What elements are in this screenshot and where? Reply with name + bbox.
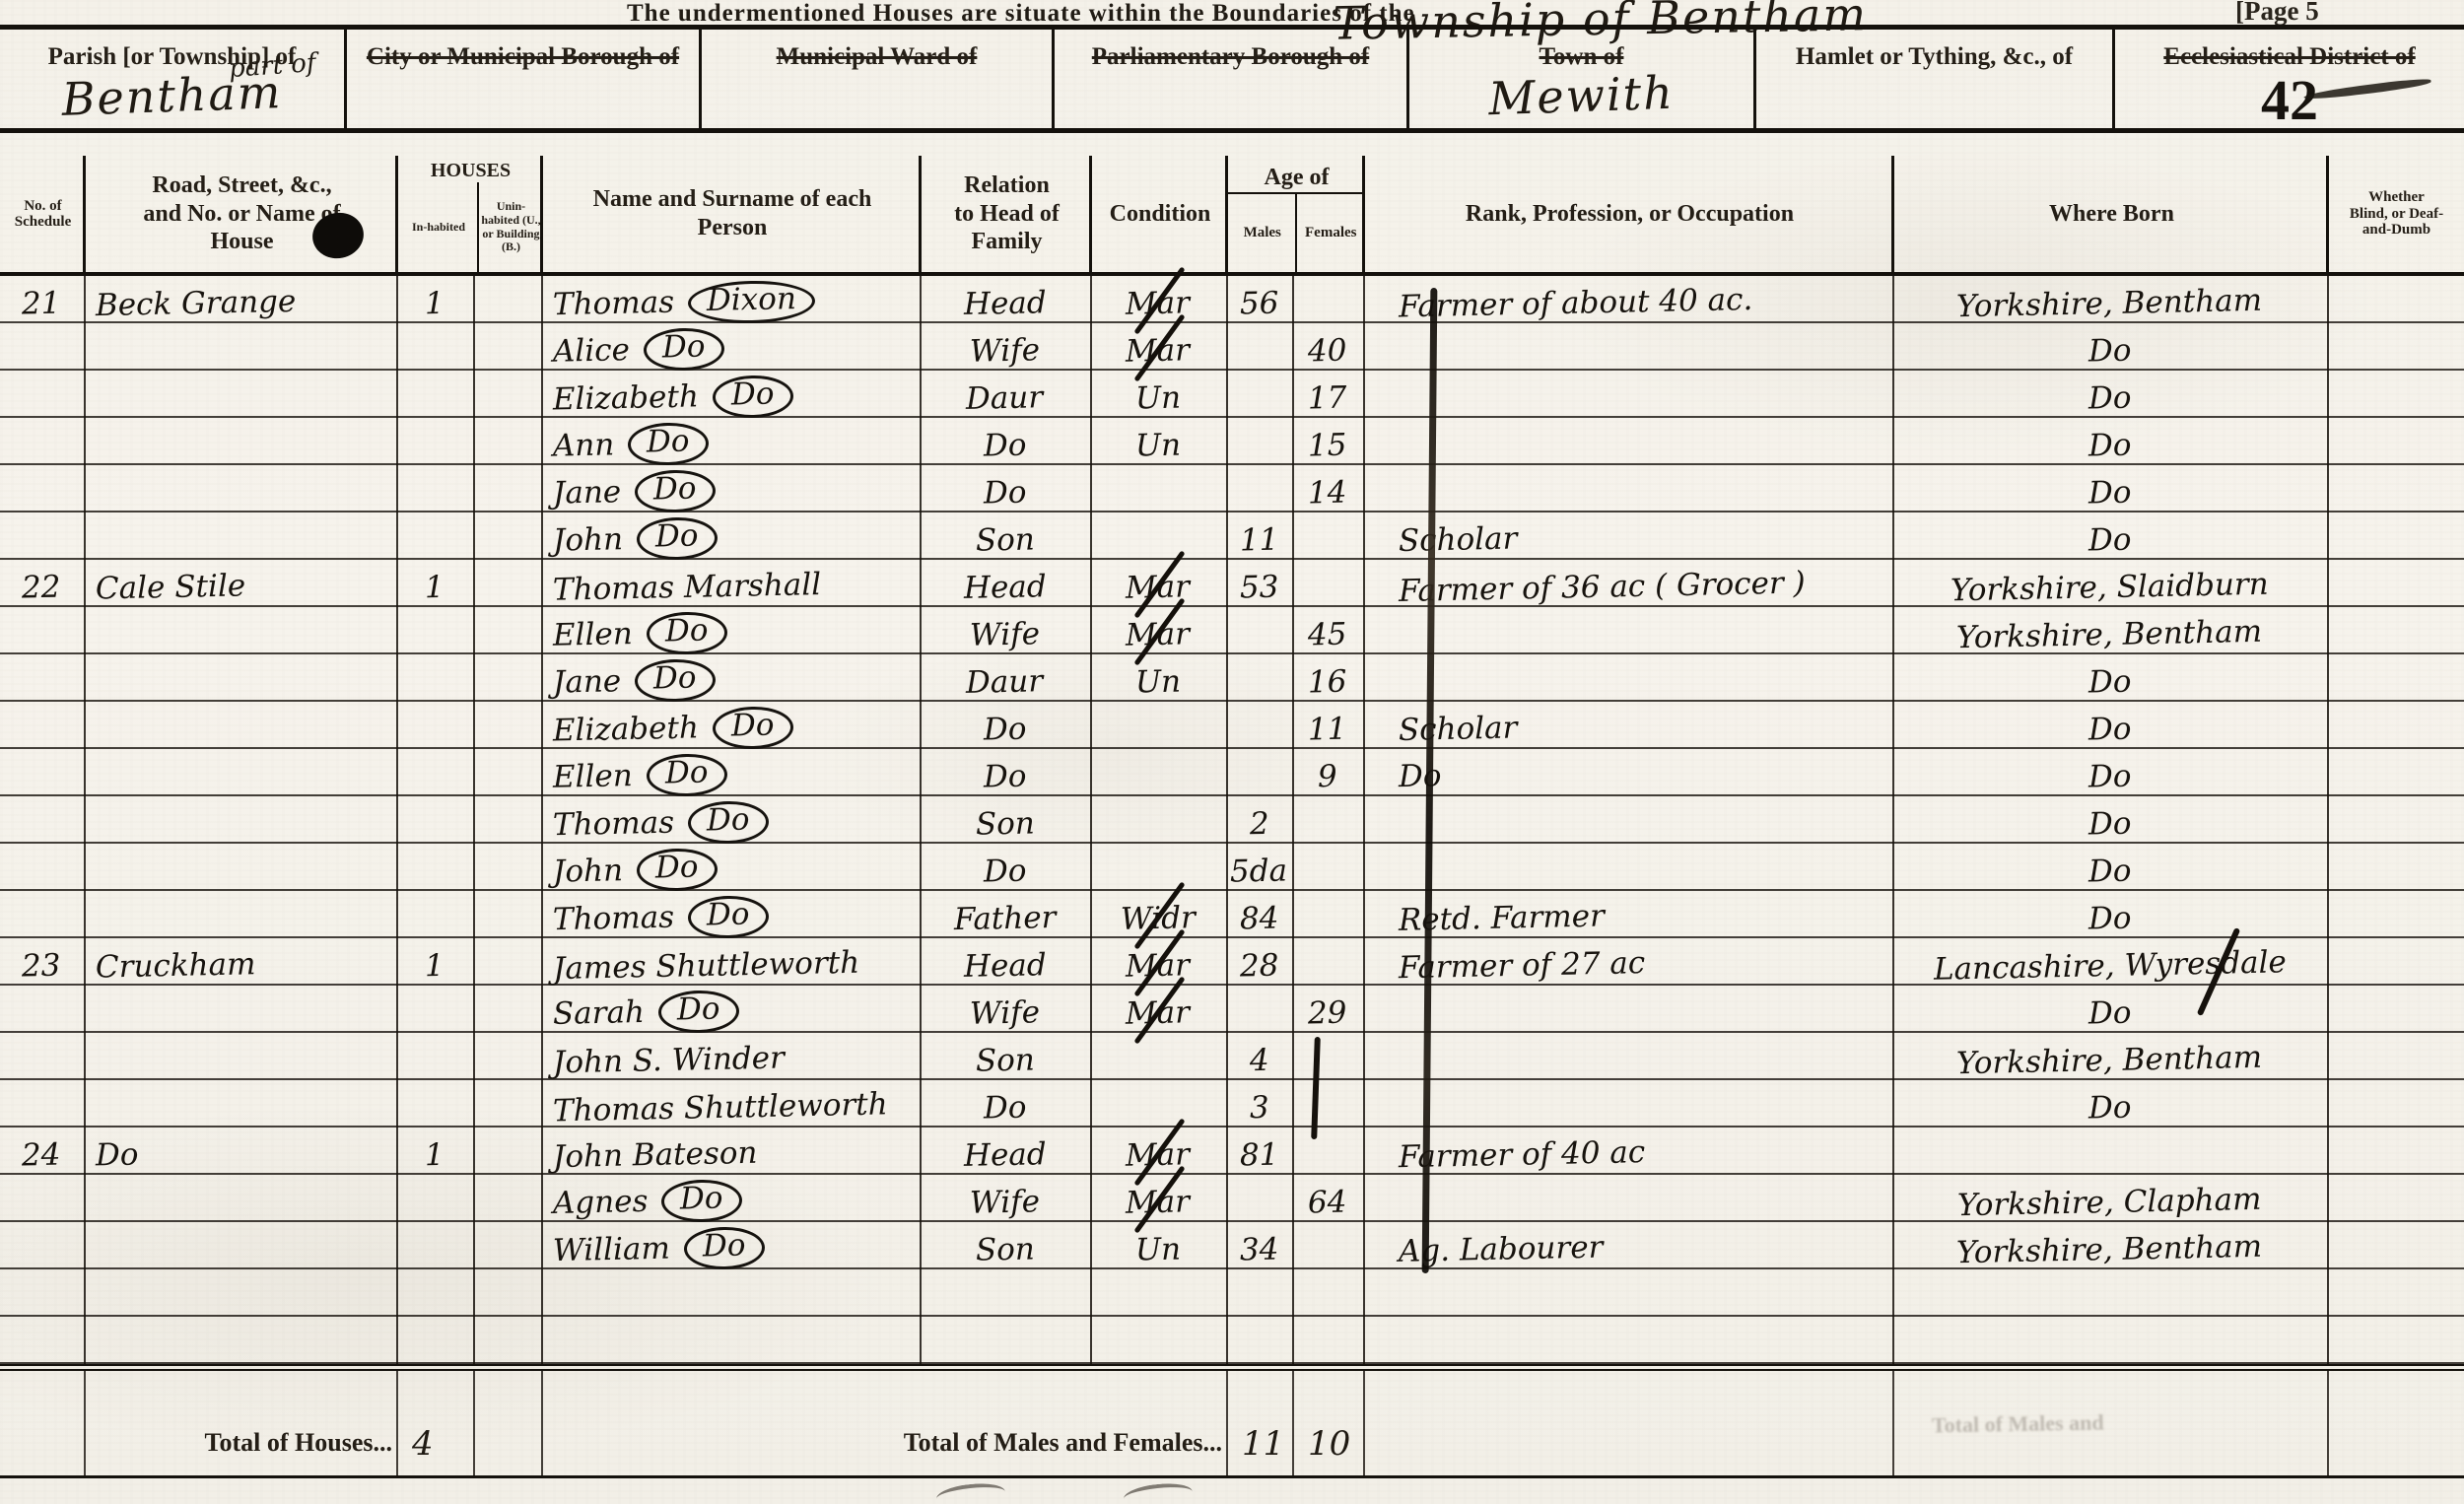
col-uninhabited: Unin-habited (U., or Building (B.) <box>479 182 543 272</box>
infirm-cell <box>2329 1222 2464 1269</box>
relation-cell: Daur <box>922 654 1092 702</box>
uninhabited-cell <box>475 1222 543 1269</box>
schedule-cell <box>0 371 86 418</box>
table-row: EllenDo Wife Mar 45 Yorkshire, Bentham <box>0 607 2464 654</box>
name-cell: JaneDo <box>543 654 922 702</box>
condition-cell: Widr <box>1092 891 1228 938</box>
occupation-cell: Do <box>1365 749 1894 796</box>
name-cell: ThomasDo <box>543 796 922 844</box>
table-row: JaneDo Daur Un 16 Do <box>0 654 2464 702</box>
circled-surname: Do <box>712 706 792 750</box>
circled-surname: Do <box>635 658 716 703</box>
condition-cell: Mar <box>1092 1128 1228 1175</box>
table-row: EllenDo Do 9 Do Do <box>0 749 2464 796</box>
age-female-cell <box>1294 1080 1365 1128</box>
place-cell <box>86 513 398 560</box>
circled-surname: Do <box>646 611 726 655</box>
condition-cell: Mar <box>1092 607 1228 654</box>
inhabited-cell <box>398 607 475 654</box>
name-cell: ElizabethDo <box>543 702 922 749</box>
name-cell: ThomasDixon <box>543 276 922 323</box>
schedule-cell <box>0 1269 86 1317</box>
totals-spacer-2 <box>475 1371 543 1475</box>
census-page: The undermentioned Houses are situate wi… <box>0 0 2464 1504</box>
inhabited-cell <box>398 1080 475 1128</box>
relation-cell: Do <box>922 749 1092 796</box>
uninhabited-cell <box>475 654 543 702</box>
relation-cell: Son <box>922 513 1092 560</box>
totals-females-cell: 10 <box>1294 1371 1365 1475</box>
age-male-cell: 11 <box>1228 513 1294 560</box>
age-male-cell <box>1228 749 1294 796</box>
circled-surname: Do <box>646 753 726 797</box>
age-male-cell <box>1228 1317 1294 1364</box>
col-age: Age of Males Females <box>1228 156 1365 272</box>
infirm-cell <box>2329 796 2464 844</box>
infirm-cell <box>2329 1317 2464 1364</box>
town-value: Mewith <box>1408 63 1754 128</box>
place-cell <box>86 1080 398 1128</box>
age-male-cell: 5da <box>1228 844 1294 891</box>
relation-cell: Wife <box>922 323 1092 371</box>
place-cell <box>86 749 398 796</box>
inhabited-cell <box>398 1317 475 1364</box>
occupation-cell <box>1365 796 1894 844</box>
hamlet-box: Hamlet or Tything, &c., of <box>1756 30 2115 128</box>
infirm-cell <box>2329 1080 2464 1128</box>
age-male-cell: 81 <box>1228 1128 1294 1175</box>
name-cell: Thomas Marshall <box>543 560 922 607</box>
born-cell: Yorkshire, Bentham <box>1894 276 2329 323</box>
table-row: SarahDo Wife Mar 29 Do <box>0 986 2464 1033</box>
inhabited-cell <box>398 371 475 418</box>
name-cell: JohnDo <box>543 513 922 560</box>
condition-cell <box>1092 1317 1228 1364</box>
table-row: ElizabethDo Daur Un 17 Do <box>0 371 2464 418</box>
inhabited-cell <box>398 749 475 796</box>
infirm-cell <box>2329 465 2464 513</box>
name-cell: EllenDo <box>543 607 922 654</box>
uninhabited-cell <box>475 607 543 654</box>
schedule-cell <box>0 1222 86 1269</box>
inhabited-cell <box>398 1033 475 1080</box>
relation-cell: Son <box>922 1222 1092 1269</box>
occupation-cell: Scholar <box>1365 513 1894 560</box>
schedule-cell <box>0 323 86 371</box>
schedule-cell: 21 <box>0 276 86 323</box>
age-male-cell <box>1228 371 1294 418</box>
uninhabited-cell <box>475 702 543 749</box>
name-cell: Thomas Shuttleworth <box>543 1080 922 1128</box>
name-cell: JaneDo <box>543 465 922 513</box>
parliamentary-box: Parliamentary Borough of <box>1055 30 1409 128</box>
condition-cell: Mar <box>1092 938 1228 986</box>
circled-surname: Do <box>658 990 739 1034</box>
age-female-cell <box>1294 938 1365 986</box>
total-females-value: 10 <box>1294 1424 1350 1475</box>
relation-cell: Son <box>922 1033 1092 1080</box>
place-cell <box>86 418 398 465</box>
relation-cell: Wife <box>922 1175 1092 1222</box>
uninhabited-cell <box>475 1080 543 1128</box>
schedule-cell <box>0 1175 86 1222</box>
total-houses-label: Total of Houses... <box>205 1428 398 1475</box>
table-row: 21 Beck Grange 1 ThomasDixon Head Mar 56… <box>0 276 2464 323</box>
place-cell: Do <box>86 1128 398 1175</box>
age-female-cell <box>1294 891 1365 938</box>
place-cell <box>86 1222 398 1269</box>
infirm-cell <box>2329 844 2464 891</box>
place-cell <box>86 844 398 891</box>
table-body: 21 Beck Grange 1 ThomasDixon Head Mar 56… <box>0 276 2464 1364</box>
age-female-cell <box>1294 560 1365 607</box>
age-female-cell: 40 <box>1294 323 1365 371</box>
name-cell: JohnDo <box>543 844 922 891</box>
born-cell: Yorkshire, Clapham <box>1894 1175 2329 1222</box>
totals-houses-label-cell: Total of Houses... <box>86 1371 398 1475</box>
place-cell <box>86 796 398 844</box>
relation-cell <box>922 1269 1092 1317</box>
parish-value: Bentham <box>0 63 345 128</box>
born-cell: Do <box>1894 371 2329 418</box>
name-cell: AliceDo <box>543 323 922 371</box>
occupation-cell <box>1365 371 1894 418</box>
schedule-cell <box>0 844 86 891</box>
totals-spacer-1 <box>0 1371 86 1475</box>
age-female-cell <box>1294 276 1365 323</box>
age-male-cell: 84 <box>1228 891 1294 938</box>
born-cell: Do <box>1894 513 2329 560</box>
born-cell <box>1894 1128 2329 1175</box>
condition-cell: Un <box>1092 371 1228 418</box>
col-relation: Relation to Head of Family <box>922 156 1092 272</box>
table-row <box>0 1317 2464 1364</box>
age-female-cell <box>1294 1269 1365 1317</box>
relation-cell: Father <box>922 891 1092 938</box>
name-cell: James Shuttleworth <box>543 938 922 986</box>
born-cell: Do <box>1894 844 2329 891</box>
relation-cell <box>922 1317 1092 1364</box>
name-cell: AnnDo <box>543 418 922 465</box>
born-cell: Do <box>1894 654 2329 702</box>
district-boxes: Parish [or Township] of part of Bentham … <box>0 25 2464 133</box>
condition-cell <box>1092 513 1228 560</box>
circled-surname: Do <box>688 895 769 939</box>
inhabited-cell <box>398 796 475 844</box>
born-cell: Do <box>1894 323 2329 371</box>
infirm-cell <box>2329 1175 2464 1222</box>
age-male-cell: 53 <box>1228 560 1294 607</box>
table-row: Thomas Shuttleworth Do 3 Do <box>0 1080 2464 1128</box>
circled-surname: Dixon <box>688 280 816 325</box>
inhabited-cell: 1 <box>398 1128 475 1175</box>
place-cell <box>86 986 398 1033</box>
circled-surname: Do <box>683 1226 764 1270</box>
place-cell <box>86 891 398 938</box>
age-female-cell <box>1294 1317 1365 1364</box>
district-number: 42 <box>2115 67 2464 133</box>
name-cell: ThomasDo <box>543 891 922 938</box>
circled-surname: Do <box>635 469 716 513</box>
table-row: JohnDo Son 11 Scholar Do <box>0 513 2464 560</box>
condition-cell <box>1092 1033 1228 1080</box>
infirm-cell <box>2329 371 2464 418</box>
name-cell: AgnesDo <box>543 1175 922 1222</box>
inhabited-cell <box>398 1222 475 1269</box>
age-male-cell <box>1228 1175 1294 1222</box>
infirm-cell <box>2329 1269 2464 1317</box>
condition-cell <box>1092 702 1228 749</box>
col-road: Road, Street, &c., and No. or Name of Ho… <box>86 156 398 272</box>
name-cell: SarahDo <box>543 986 922 1033</box>
parish-box: Parish [or Township] of part of Bentham <box>0 30 347 128</box>
uninhabited-cell <box>475 891 543 938</box>
age-female-cell: 11 <box>1294 702 1365 749</box>
relation-cell: Head <box>922 276 1092 323</box>
occupation-cell <box>1365 986 1894 1033</box>
col-males: Males <box>1228 194 1297 272</box>
cutoff-mark <box>935 1480 1006 1504</box>
infirm-cell <box>2329 1033 2464 1080</box>
place-cell <box>86 1269 398 1317</box>
borough-label: City or Municipal Borough of <box>347 43 699 72</box>
age-female-cell: 29 <box>1294 986 1365 1033</box>
place-cell <box>86 1033 398 1080</box>
total-houses-value: 4 <box>398 1424 434 1475</box>
page-number: [Page 5 <box>2235 0 2319 27</box>
occupation-cell <box>1365 1033 1894 1080</box>
col-females: Females <box>1297 194 1366 272</box>
born-cell: Do <box>1894 796 2329 844</box>
infirm-cell <box>2329 986 2464 1033</box>
occupation-cell <box>1365 607 1894 654</box>
name-cell <box>543 1317 922 1364</box>
occupation-cell <box>1365 1175 1894 1222</box>
col-houses: HOUSES In-habited Unin-habited (U., or B… <box>398 156 543 272</box>
table-row: JaneDo Do 14 Do <box>0 465 2464 513</box>
borough-box: City or Municipal Borough of <box>347 30 702 128</box>
condition-cell: Un <box>1092 654 1228 702</box>
place-cell: Cruckham <box>86 938 398 986</box>
occupation-cell: Retd. Farmer <box>1365 891 1894 938</box>
col-born: Where Born <box>1894 156 2329 272</box>
condition-cell: Mar <box>1092 276 1228 323</box>
age-male-cell: 34 <box>1228 1222 1294 1269</box>
table-row: ThomasDo Father Widr 84 Retd. Farmer Do <box>0 891 2464 938</box>
age-female-cell: 14 <box>1294 465 1365 513</box>
occupation-cell <box>1365 323 1894 371</box>
table-row: 22 Cale Stile 1 Thomas Marshall Head Mar… <box>0 560 2464 607</box>
circled-surname: Do <box>712 375 792 419</box>
born-cell: Yorkshire, Slaidburn <box>1894 560 2329 607</box>
born-cell: Do <box>1894 891 2329 938</box>
name-cell: ElizabethDo <box>543 371 922 418</box>
born-cell: Yorkshire, Bentham <box>1894 1222 2329 1269</box>
place-cell <box>86 323 398 371</box>
uninhabited-cell <box>475 1269 543 1317</box>
age-male-cell: 3 <box>1228 1080 1294 1128</box>
inhabited-cell <box>398 891 475 938</box>
uninhabited-cell <box>475 1033 543 1080</box>
age-male-cell <box>1228 607 1294 654</box>
infirm-cell <box>2329 607 2464 654</box>
uninhabited-cell <box>475 418 543 465</box>
uninhabited-cell <box>475 560 543 607</box>
place-cell <box>86 465 398 513</box>
inhabited-cell <box>398 1175 475 1222</box>
table-row: John S. Winder Son 4 Yorkshire, Bentham <box>0 1033 2464 1080</box>
schedule-cell <box>0 749 86 796</box>
uninhabited-cell <box>475 1175 543 1222</box>
page-title: The undermentioned Houses are situate wi… <box>627 0 1415 28</box>
uninhabited-cell <box>475 465 543 513</box>
born-cell: Do <box>1894 702 2329 749</box>
infirm-cell <box>2329 418 2464 465</box>
infirm-cell <box>2329 323 2464 371</box>
schedule-cell <box>0 607 86 654</box>
age-female-cell <box>1294 796 1365 844</box>
uninhabited-cell <box>475 513 543 560</box>
schedule-cell <box>0 702 86 749</box>
age-male-cell: 2 <box>1228 796 1294 844</box>
condition-cell: Un <box>1092 418 1228 465</box>
age-female-cell <box>1294 1128 1365 1175</box>
schedule-cell <box>0 891 86 938</box>
schedule-cell <box>0 418 86 465</box>
condition-cell: Mar <box>1092 986 1228 1033</box>
occupation-cell <box>1365 418 1894 465</box>
name-cell: John Bateson <box>543 1128 922 1175</box>
place-cell <box>86 1317 398 1364</box>
col-inhabited: In-habited <box>398 182 479 272</box>
town-box: Town of Mewith <box>1409 30 1756 128</box>
condition-cell <box>1092 844 1228 891</box>
age-male-cell: 28 <box>1228 938 1294 986</box>
occupation-cell: Scholar <box>1365 702 1894 749</box>
table-row: 23 Cruckham 1 James Shuttleworth Head Ma… <box>0 938 2464 986</box>
inhabited-cell: 1 <box>398 276 475 323</box>
occupation-cell: Ag. Labourer <box>1365 1222 1894 1269</box>
age-male-cell: 4 <box>1228 1033 1294 1080</box>
inhabited-cell <box>398 418 475 465</box>
inhabited-cell <box>398 986 475 1033</box>
born-cell: Yorkshire, Bentham <box>1894 607 2329 654</box>
ecclesiastical-box: Ecclesiastical District of 42 <box>2115 30 2464 128</box>
bleed-through-text: Total of Males and <box>1932 1409 2104 1438</box>
age-male-cell <box>1228 654 1294 702</box>
age-male-cell <box>1228 323 1294 371</box>
inhabited-cell <box>398 654 475 702</box>
circled-surname: Do <box>637 516 718 561</box>
infirm-cell <box>2329 702 2464 749</box>
age-female-cell: 64 <box>1294 1175 1365 1222</box>
schedule-cell <box>0 513 86 560</box>
inhabited-cell <box>398 323 475 371</box>
schedule-cell <box>0 1317 86 1364</box>
ward-label: Municipal Ward of <box>702 43 1052 72</box>
infirm-cell <box>2329 654 2464 702</box>
infirm-cell <box>2329 560 2464 607</box>
relation-cell: Do <box>922 844 1092 891</box>
age-female-cell: 45 <box>1294 607 1365 654</box>
born-cell: Do <box>1894 465 2329 513</box>
relation-cell: Head <box>922 938 1092 986</box>
hamlet-label: Hamlet or Tything, &c., of <box>1756 43 2112 72</box>
uninhabited-cell <box>475 844 543 891</box>
condition-cell <box>1092 1269 1228 1317</box>
totals-mf-label-cell: Total of Males and Females... <box>543 1371 1228 1475</box>
totals-males-cell: 11 <box>1228 1371 1294 1475</box>
uninhabited-cell <box>475 986 543 1033</box>
condition-cell: Mar <box>1092 1175 1228 1222</box>
occupation-cell: Farmer of 40 ac <box>1365 1128 1894 1175</box>
age-female-cell: 16 <box>1294 654 1365 702</box>
condition-cell <box>1092 1080 1228 1128</box>
relation-cell: Son <box>922 796 1092 844</box>
inhabited-cell <box>398 1269 475 1317</box>
condition-cell: Un <box>1092 1222 1228 1269</box>
condition-cell <box>1092 749 1228 796</box>
occupation-cell: Farmer of 36 ac ( Grocer ) <box>1365 560 1894 607</box>
relation-cell: Daur <box>922 371 1092 418</box>
relation-cell: Head <box>922 1128 1092 1175</box>
table-row <box>0 1269 2464 1317</box>
schedule-cell: 22 <box>0 560 86 607</box>
name-cell: WilliamDo <box>543 1222 922 1269</box>
parliamentary-label: Parliamentary Borough of <box>1055 43 1406 72</box>
condition-cell: Mar <box>1092 323 1228 371</box>
name-cell: John S. Winder <box>543 1033 922 1080</box>
schedule-cell <box>0 465 86 513</box>
table-row: ThomasDo Son 2 Do <box>0 796 2464 844</box>
condition-cell <box>1092 796 1228 844</box>
age-female-cell: 15 <box>1294 418 1365 465</box>
totals-houses-value-cell: 4 <box>398 1371 475 1475</box>
inhabited-cell <box>398 465 475 513</box>
occupation-cell <box>1365 844 1894 891</box>
condition-cell <box>1092 465 1228 513</box>
place-cell: Cale Stile <box>86 560 398 607</box>
age-male-cell <box>1228 418 1294 465</box>
col-schedule: No. of Schedule <box>0 156 86 272</box>
schedule-cell <box>0 654 86 702</box>
ward-box: Municipal Ward of <box>702 30 1055 128</box>
born-cell: Yorkshire, Bentham <box>1894 1033 2329 1080</box>
age-female-cell: 17 <box>1294 371 1365 418</box>
age-female-cell <box>1294 1033 1365 1080</box>
place-cell <box>86 702 398 749</box>
place-cell <box>86 1175 398 1222</box>
occupation-cell <box>1365 654 1894 702</box>
inhabited-cell <box>398 702 475 749</box>
col-name: Name and Surname of each Person <box>543 156 922 272</box>
uninhabited-cell <box>475 371 543 418</box>
table-row: WilliamDo Son Un 34 Ag. Labourer Yorkshi… <box>0 1222 2464 1269</box>
place-cell <box>86 607 398 654</box>
inhabited-cell: 1 <box>398 938 475 986</box>
relation-cell: Do <box>922 702 1092 749</box>
occupation-cell: Farmer of 27 ac <box>1365 938 1894 986</box>
age-female-cell: 9 <box>1294 749 1365 796</box>
total-mf-label: Total of Males and Females... <box>904 1428 1228 1475</box>
totals-spacer-3 <box>1365 1371 1894 1475</box>
col-occupation: Rank, Profession, or Occupation <box>1365 156 1894 272</box>
infirm-cell <box>2329 513 2464 560</box>
infirm-cell <box>2329 749 2464 796</box>
inhabited-cell <box>398 513 475 560</box>
schedule-cell <box>0 1033 86 1080</box>
place-cell <box>86 371 398 418</box>
